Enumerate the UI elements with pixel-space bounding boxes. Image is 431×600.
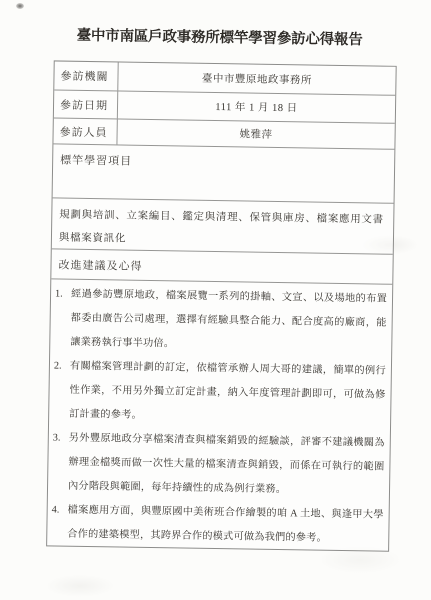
document-page: 臺中市南區戶政事務所標竿學習參訪心得報告 參訪機關 臺中市豐原地政事務所 參訪日… <box>0 0 431 600</box>
field-value-date: 111 年 1 月 18 日 <box>118 91 395 122</box>
scanned-document: { "doc": { "title": "臺中市南區戶政事務所標竿學習參訪心得報… <box>0 0 431 600</box>
field-value-personnel: 姚雅萍 <box>117 119 394 148</box>
item-text: 另外豐原地政分享檔案清查與檔案銷毀的經驗談，評審不建議機關為辦理金檔獎而做一次性… <box>68 427 385 504</box>
item-number: 3. <box>53 426 69 450</box>
list-item: 3. 另外豐原地政分享檔案清查與檔案銷毀的經驗談，評審不建議機關為辦理金檔獎而做… <box>52 426 385 503</box>
table-row-learning-header: 標竿學習項目 <box>53 144 395 203</box>
item-number: 2. <box>54 354 70 378</box>
item-text: 經過參訪豐原地政，檔案展覽一系列的掛軸、文宣、以及場地的布置都委由廣告公司處理，… <box>70 283 387 360</box>
list-item: 1. 經過參訪豐原地政，檔案展覽一系列的掛軸、文宣、以及場地的布置都委由廣告公司… <box>54 282 387 359</box>
item-text: 有關檔案管理計劃的訂定，依檔管承辦人周大哥的建議，簡單的例行性作業，不用另外獨立… <box>69 355 386 432</box>
item-text: 檔案應用方面，與豐原國中美術班合作繪製的咱 A 土地、與逢甲大學合作的建築模型，… <box>67 499 384 552</box>
item-number: 1. <box>55 282 71 306</box>
report-table: 參訪機關 臺中市豐原地政事務所 參訪日期 111 年 1 月 18 日 參訪人員… <box>46 60 397 551</box>
field-label-agency: 參訪機關 <box>54 61 118 90</box>
page-title: 臺中市南區戶政事務所標竿學習參訪心得報告 <box>4 23 431 51</box>
table-row-learning-content: 規劃與培訓、立案編目、鑑定與清理、保管與庫房、檔案應用文書與檔案資訊化 <box>52 198 394 254</box>
suggestions-list: 1. 經過參訪豐原地政，檔案展覽一系列的掛軸、文宣、以及場地的布置都委由廣告公司… <box>47 279 392 551</box>
item-number: 4. <box>51 498 67 522</box>
suggestions-label: 改進建議及心得 <box>51 249 142 279</box>
learning-items-label: 標竿學習項目 <box>53 144 133 198</box>
field-value-agency: 臺中市豐原地政事務所 <box>118 62 395 94</box>
list-item: 4. 檔案應用方面，與豐原國中美術班合作繪製的咱 A 土地、與逢甲大學合作的建築… <box>51 498 384 551</box>
field-label-personnel: 參訪人員 <box>53 118 117 144</box>
list-item: 2. 有關檔案管理計劃的訂定，依檔管承辦人周大哥的建議，簡單的例行性作業，不用另… <box>53 354 386 431</box>
learning-items-content: 規劃與培訓、立案編目、鑑定與清理、保管與庫房、檔案應用文書與檔案資訊化 <box>59 210 384 245</box>
field-label-date: 參訪日期 <box>54 90 118 118</box>
